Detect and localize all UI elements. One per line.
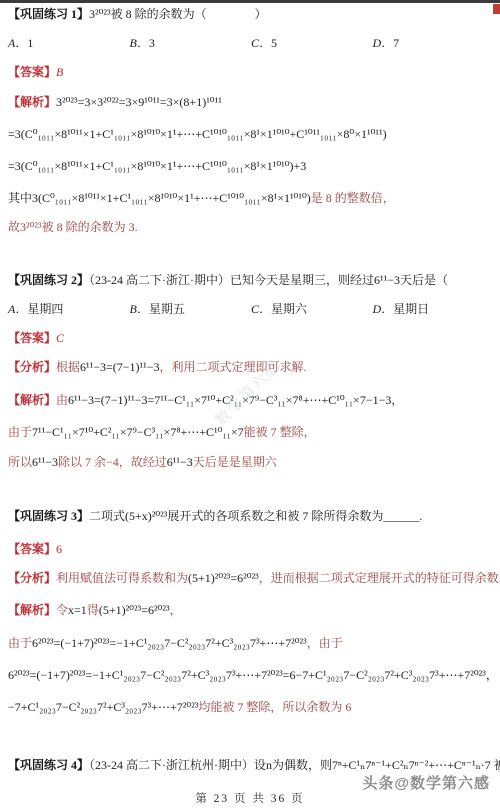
option-text: 1: [27, 36, 33, 50]
text-segment: 利用赋值法可得系数和为: [56, 571, 188, 585]
option-letter: C．: [251, 302, 271, 316]
text-line: 由于6²⁰²³=(−1+7)²⁰²³=−1+C¹₂₀₂₃7−C²₂₀₂₃7²+C…: [8, 635, 494, 651]
option-item: B．3: [130, 35, 252, 51]
option-text: 3: [149, 36, 155, 50]
option-text: 星期五: [149, 302, 185, 316]
option-item: C．5: [251, 35, 373, 51]
text-segment: −7+C¹₂₀₂₃7−C²₂₀₂₃7²+C³₂₀₂₃7³+⋯+7²⁰²³: [8, 700, 198, 714]
text-segment: 均能被 7 整除，所以余数为 6: [198, 700, 351, 714]
option-letter: A．: [8, 302, 27, 316]
text-segment: 除以 7 余−4，故经过: [58, 455, 167, 469]
text-segment: 【巩固练习 3】: [8, 509, 89, 523]
text-line: −7+C¹₂₀₂₃7−C²₂₀₂₃7²+C³₂₀₂₃7³+⋯+7²⁰²³均能被 …: [8, 699, 494, 715]
text-line: =3(C⁰₁₀₁₁×8¹⁰¹¹×1+C¹₁₀₁₁×8¹⁰¹⁰×1¹+⋯+C¹⁰¹…: [8, 158, 494, 174]
text-segment: 是 8 的整数倍，: [311, 191, 395, 205]
text-segment: 根据: [56, 360, 80, 374]
text-segment: 7¹¹−C¹₁₁×7¹⁰+C²₁₁×7⁹−C³₁₁×7⁸+⋯+C¹⁰₁₁×7: [32, 425, 244, 439]
text-segment: 6: [56, 542, 62, 556]
option-item: A．1: [8, 35, 130, 51]
option-text: 星期日: [393, 302, 429, 316]
text-line: 【答案】6: [8, 541, 494, 557]
text-segment: 其中3(C⁰₁₀₁₁×8¹⁰¹¹×1+C¹₁₀₁₁×8¹⁰¹⁰×1¹+⋯+C¹⁰…: [8, 191, 311, 205]
option-letter: D．: [373, 36, 394, 50]
text-segment: 【巩固练习 1】: [8, 7, 89, 21]
text-line: 由于7¹¹−C¹₁₁×7¹⁰+C²₁₁×7⁹−C³₁₁×7⁸+⋯+C¹⁰₁₁×7…: [8, 424, 494, 440]
text-segment: =3(C⁰₁₀₁₁×8¹⁰¹¹×1+C¹₁₀₁₁×8¹⁰¹⁰×1¹+⋯+C¹⁰¹…: [8, 159, 306, 173]
text-segment: 故3²⁰²³被 8 除的余数为 3.: [8, 220, 138, 234]
document-body: 【巩固练习 1】3²⁰²³被 8 除的余数为（ ）A．1B．3C．5D．7【答案…: [8, 6, 494, 773]
text-segment: 【解析】: [8, 393, 56, 407]
text-segment: 二项式(5+x)²⁰²³展开式的各项系数之和被 7 除所得余数为______.: [89, 509, 422, 523]
option-text: 5: [271, 36, 277, 50]
text-line: 【巩固练习 3】二项式(5+x)²⁰²³展开式的各项系数之和被 7 除所得余数为…: [8, 508, 494, 524]
page-footer: 第 23 页 共 36 页: [0, 790, 500, 806]
text-segment: 6¹¹−3=(7−1)¹¹−3=7¹¹−C¹₁₁×7¹⁰+C²₁₁×7⁹−C³₁…: [68, 393, 403, 407]
text-segment: 【分析】: [8, 360, 56, 374]
text-segment: 6¹¹−3=(7−1)¹¹−3: [80, 360, 159, 374]
text-segment: 令: [56, 603, 68, 617]
option-item: D．7: [373, 35, 495, 51]
text-line: 【答案】B: [8, 64, 494, 80]
text-line: 【解析】令x=1得(5+1)²⁰²³=6²⁰²³，: [8, 602, 494, 618]
text-line: 【分析】利用赋值法可得系数和为(5+1)²⁰²³=6²⁰²³，进而根据二项式定理…: [8, 570, 494, 586]
text-segment: （23-24 高二下·浙江杭州·期中）设n为偶数，则7ⁿ+C¹ₙ7ⁿ⁻¹+C²ₙ…: [89, 758, 500, 772]
text-segment: ，: [170, 603, 182, 617]
text-segment: 6¹¹−3: [167, 455, 193, 469]
text-segment: 由于: [8, 636, 32, 650]
option-letter: A．: [8, 36, 27, 50]
text-segment: 【答案】: [8, 65, 56, 79]
text-segment: 【解析】: [8, 95, 56, 109]
text-segment: 6¹¹−3: [32, 455, 58, 469]
option-letter: B．: [130, 302, 149, 316]
text-line: 故3²⁰²³被 8 除的余数为 3.: [8, 219, 494, 235]
text-segment: C: [56, 331, 64, 345]
option-text: 星期六: [271, 302, 307, 316]
text-segment: 【巩固练习 4】: [8, 758, 89, 772]
text-segment: (5+1)²⁰²³=6²⁰²³: [99, 603, 170, 617]
text-segment: 【解析】: [8, 603, 56, 617]
text-segment: 6²⁰²³=(−1+7)²⁰²³=−1+C¹₂₀₂₃7−C²₂₀₂₃7²+C³₂…: [32, 636, 307, 650]
option-letter: B．: [130, 36, 149, 50]
text-line: 所以6¹¹−3除以 7 余−4，故经过6¹¹−3天后是是星期六: [8, 454, 494, 470]
option-text: 星期四: [27, 302, 63, 316]
text-segment: 所以: [8, 455, 32, 469]
options-row: A．1B．3C．5D．7: [8, 35, 494, 51]
text-segment: B: [56, 65, 63, 79]
text-segment: 【答案】: [8, 542, 56, 556]
text-line: 【解析】由6¹¹−3=(7−1)¹¹−3=7¹¹−C¹₁₁×7¹⁰+C²₁₁×7…: [8, 392, 494, 408]
text-segment: =3(C⁰₁₀₁₁×8¹⁰¹¹×1+C¹₁₀₁₁×8¹⁰¹⁰×1¹+⋯+C¹⁰¹…: [8, 127, 387, 141]
top-border-bar: [0, 0, 500, 3]
text-line: =3(C⁰₁₀₁₁×8¹⁰¹¹×1+C¹₁₀₁₁×8¹⁰¹⁰×1¹+⋯+C¹⁰¹…: [8, 126, 494, 142]
text-segment: ，进而根据二项式定理展开式的特征可得余数.: [259, 571, 500, 585]
text-segment: 天后是是星期六: [193, 455, 277, 469]
options-row: A．星期四B．星期五C．星期六D．星期日: [8, 301, 494, 317]
text-segment: (5+1)²⁰²³=6²⁰²³: [188, 571, 259, 585]
option-letter: D．: [373, 302, 394, 316]
text-segment: 得: [87, 603, 99, 617]
text-line: 【巩固练习 2】（23-24 高二下·浙江·期中）已知今天是星期三，则经过6¹¹…: [8, 272, 494, 288]
text-line: 【分析】根据6¹¹−3=(7−1)¹¹−3，利用二项式定理即可求解.: [8, 359, 494, 375]
text-segment: 6²⁰²³=(−1+7)²⁰²³=−1+C¹₂₀₂₃7−C²₂₀₂₃7²+C³₂…: [8, 668, 498, 682]
text-line: 【解析】3²⁰²³=3×3²⁰²²=3×9¹⁰¹¹=3×(8+1)¹⁰¹¹: [8, 94, 494, 110]
option-letter: C．: [251, 36, 271, 50]
text-segment: x=1: [68, 603, 87, 617]
text-segment: （23-24 高二下·浙江·期中）已知今天是星期三，则经过6¹¹−3天后是（ ）: [89, 273, 500, 287]
text-line: 【答案】C: [8, 330, 494, 346]
text-segment: 【分析】: [8, 571, 56, 585]
text-line: 【巩固练习 4】（23-24 高二下·浙江杭州·期中）设n为偶数，则7ⁿ+C¹ₙ…: [8, 757, 494, 773]
text-segment: 3²⁰²³=3×3²⁰²²=3×9¹⁰¹¹=3×(8+1)¹⁰¹¹: [56, 95, 222, 109]
text-line: 【巩固练习 1】3²⁰²³被 8 除的余数为（ ）: [8, 6, 494, 22]
text-line: 其中3(C⁰₁₀₁₁×8¹⁰¹¹×1+C¹₁₀₁₁×8¹⁰¹⁰×1¹+⋯+C¹⁰…: [8, 190, 494, 206]
document-page: { "page": { "footer": "第 23 页 共 36 页", "…: [0, 0, 500, 809]
option-text: 7: [393, 36, 399, 50]
corner-red-mark: [493, 4, 500, 14]
text-segment: ，由于: [307, 636, 343, 650]
text-segment: 【答案】: [8, 331, 56, 345]
text-segment: ，利用二项式定理即可求解.: [159, 360, 306, 374]
text-segment: 由于: [8, 425, 32, 439]
text-segment: 3²⁰²³被 8 除的余数为（ ）: [89, 7, 267, 21]
text-segment: 由: [56, 393, 68, 407]
text-segment: 能被 7 整除，: [244, 425, 316, 439]
option-item: D．星期日: [373, 301, 495, 317]
option-item: C．星期六: [251, 301, 373, 317]
text-line: 6²⁰²³=(−1+7)²⁰²³=−1+C¹₂₀₂₃7−C²₂₀₂₃7²+C³₂…: [8, 667, 494, 683]
option-item: A．星期四: [8, 301, 130, 317]
text-segment: 【巩固练习 2】: [8, 273, 89, 287]
option-item: B．星期五: [130, 301, 252, 317]
